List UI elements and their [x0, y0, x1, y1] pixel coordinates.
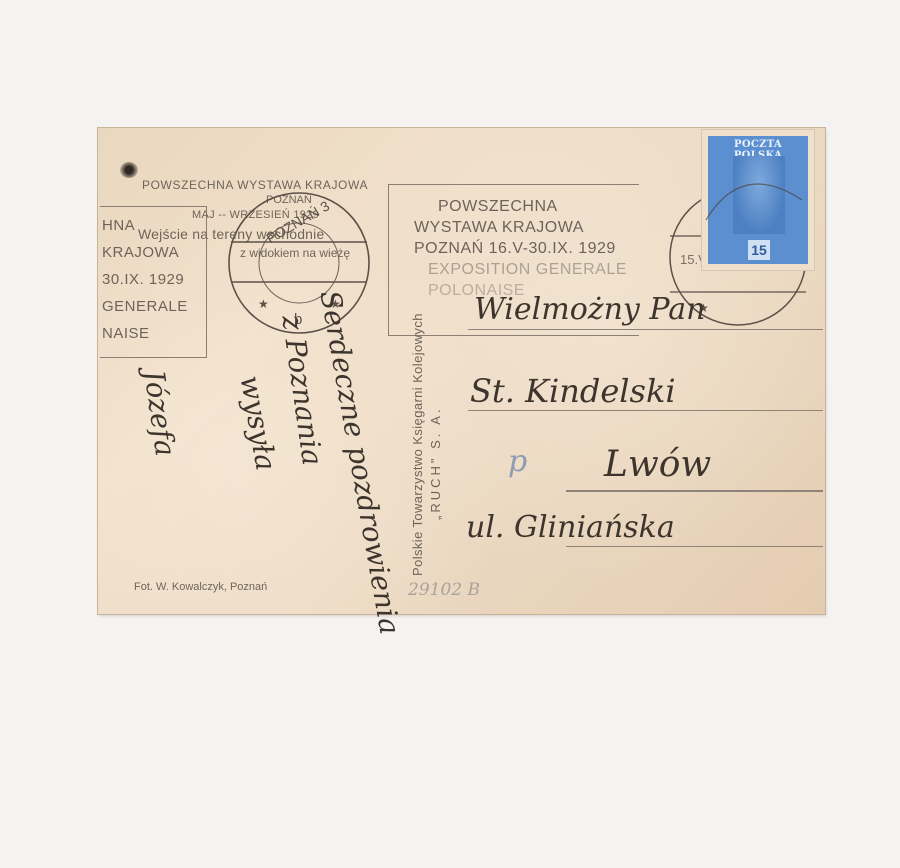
- cancel-line: POZNAŃ 16.V-30.IX. 1929: [414, 238, 627, 259]
- address-line3: Lwów: [604, 444, 711, 485]
- address-line2: St. Kindelski: [470, 372, 676, 410]
- postage-stamp: POCZTA POLSKA 15: [702, 130, 814, 270]
- left-cancel-line: HNA: [102, 212, 188, 239]
- left-cancel-line: KRAJOWA: [102, 239, 188, 266]
- svg-text:POZNAŃ 3: POZNAŃ 3: [263, 197, 332, 246]
- photo-credit: Fot. W. Kowalczyk, Poznań: [134, 581, 267, 593]
- cancel-line: EXPOSITION GENERALE: [428, 259, 627, 280]
- address-rule: [468, 329, 823, 330]
- address-rule: [566, 490, 823, 492]
- machine-cancel-text: POWSZECHNA WYSTAWA KRAJOWA POZNAŃ 16.V-3…: [428, 196, 627, 301]
- address-rule: [468, 410, 823, 411]
- left-cancel-text: HNA KRAJOWA 30.IX. 1929 GENERALE NAISE: [102, 212, 188, 347]
- cancel-line: WYSTAWA KRAJOWA: [414, 217, 627, 238]
- publisher-line2: „RUCH" S. A.: [428, 406, 443, 520]
- left-cancel-line: GENERALE: [102, 293, 188, 320]
- stamp-cancel-arc: [702, 170, 814, 230]
- message-line3: wysyła: [234, 373, 283, 473]
- publisher-line1: Polskie Towarzystwo Księgarni Kolejowych: [410, 313, 425, 576]
- left-cancel-line: 30.IX. 1929: [102, 266, 188, 293]
- address-line1: Wielmożny Pan: [474, 292, 705, 327]
- address-rule: [566, 546, 823, 547]
- address-line4: ul. Gliniańska: [466, 510, 675, 545]
- svg-text:★: ★: [258, 297, 269, 311]
- left-cancel-line: NAISE: [102, 320, 188, 347]
- ink-blot: [120, 162, 138, 178]
- blue-pencil-mark: p: [508, 444, 527, 479]
- cancel-line: POWSZECHNA: [428, 196, 627, 217]
- message-signature: Józefa: [137, 368, 182, 458]
- stamp-value: 15: [748, 240, 770, 260]
- pencil-inventory-number: 29102 B: [408, 580, 480, 600]
- postcard: POWSZECHNA WYSTAWA KRAJOWA POZNAŃ MAJ --…: [98, 128, 825, 614]
